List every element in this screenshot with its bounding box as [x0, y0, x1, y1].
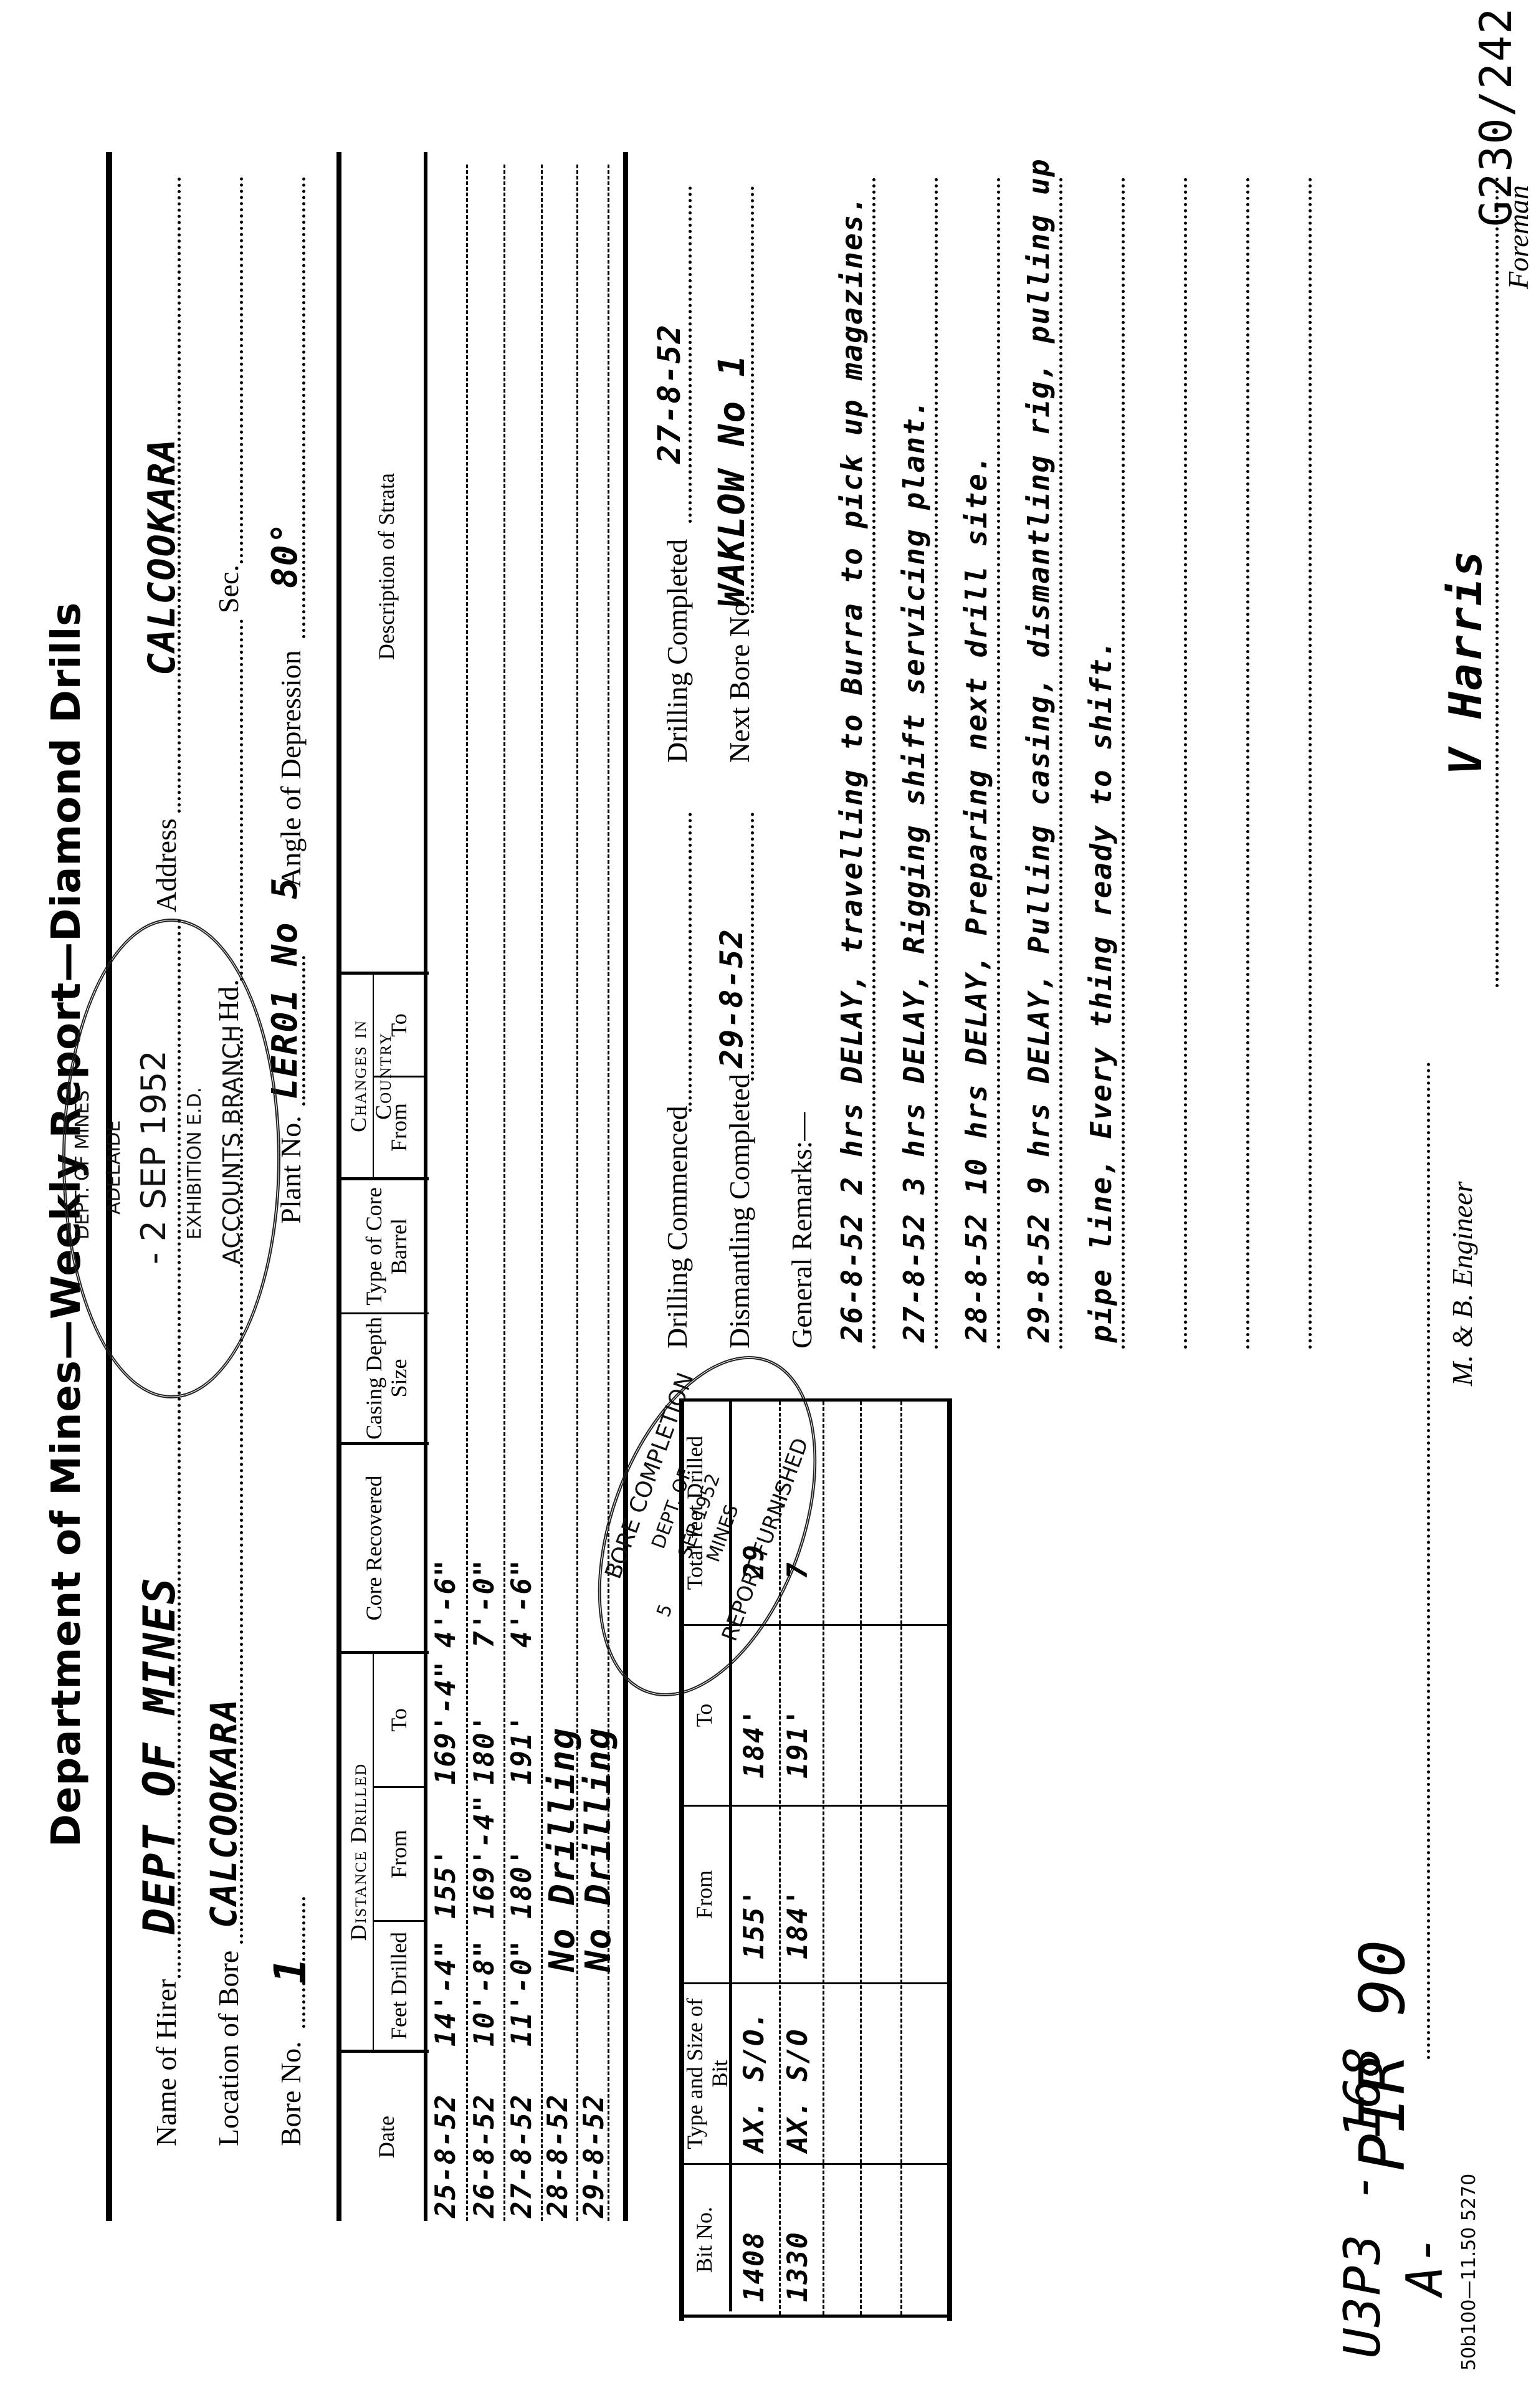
col-strata: Description of Strata [374, 161, 399, 972]
remark-line-rule [997, 177, 1000, 1349]
received-stamp-date: - 2 SEP 1952 [134, 1050, 173, 1264]
col-feet-drilled: Feet Drilled [386, 1922, 411, 2050]
drill-cell-date: 25-8-52 [430, 2094, 462, 2218]
name-of-hirer-label: Name of Hirer [150, 1979, 183, 2146]
remark-line-rule [1309, 177, 1312, 1349]
table-header-rule [424, 152, 427, 2221]
drill-cell-date: 27-8-52 [506, 2094, 538, 2218]
bit-table-bottom-rule [947, 1398, 952, 2321]
drill-cell-from: No Drilling [542, 1727, 583, 1972]
bit-table-header-rule [729, 1402, 732, 2311]
bit-cell-bit-no: 1408 [738, 2231, 770, 2302]
remark-line-rule [1184, 177, 1187, 1349]
bit-cell-total: 29 [738, 1544, 770, 1579]
foreman-signature-line [1495, 177, 1499, 987]
foreman-signature[interactable]: V Harris [1439, 549, 1492, 775]
completion-stamp-line: 5 [652, 1601, 677, 1620]
received-stamp-line: ADELAIDE [103, 1120, 125, 1215]
margin-note: A- [1396, 2234, 1454, 2296]
location-label: Location of Bore [212, 1951, 245, 2146]
bit-cell-total: 7 [782, 1562, 814, 1580]
drilling-completed-value[interactable]: 27-8-52 [651, 323, 687, 464]
hd-line [240, 619, 243, 981]
bit-cell-from: 155' [738, 1888, 770, 1959]
drilling-completed-line [689, 186, 692, 523]
drill-cell-from: 169'-4" [469, 1795, 500, 1919]
report-sheet: Department of Mines—Weekly Report—Diamon… [0, 0, 1536, 2408]
bit-cell-bit-no: 1330 [782, 2231, 814, 2302]
table-top-rule [336, 152, 341, 2221]
engineer-label: M. & B. Engineer [1446, 1182, 1479, 1386]
remark-line-rule [1059, 177, 1062, 1349]
col-distance-drilled: Distance Drilled [346, 1654, 371, 2050]
drill-cell-core: 7'-0" [469, 1559, 500, 1648]
col-core-recovered: Core Recovered [361, 1445, 386, 1651]
address-label: Address [150, 818, 183, 912]
bit-cell-to: 184' [738, 1708, 770, 1779]
drill-cell-to: 169'-4" [430, 1661, 462, 1785]
bit-cell-to: 191' [782, 1708, 814, 1779]
drill-cell-date: 28-8-52 [542, 2094, 574, 2218]
bit-col-from: From [692, 1807, 717, 1982]
bit-cell-type: AX. S/O [782, 2028, 814, 2152]
bore-no-label: Bore No. [274, 2041, 307, 2146]
print-code: 50b100—11.50 5270 [1458, 2174, 1480, 2371]
received-stamp-line: EXHIBITION E.D. [184, 1087, 206, 1240]
next-bore-value[interactable]: WAKLOW No 1 [710, 354, 753, 607]
bit-col-no: Bit No. [692, 2165, 717, 2315]
address-value[interactable]: CALCOOKARA [140, 438, 184, 676]
received-stamp-line: ACCOUNTS BRANCH [218, 1025, 246, 1264]
col-date: Date [374, 2053, 399, 2221]
dismantling-label: Dismantling Completed [723, 1074, 756, 1349]
drill-cell-core: 4'-6" [506, 1559, 538, 1648]
remark-line-rule [935, 177, 938, 1349]
bore-no-value[interactable]: 1 [265, 1957, 316, 1984]
drill-cell-date: 29-8-52 [578, 2094, 610, 2218]
dismantling-value[interactable]: 29-8-52 [713, 928, 750, 1068]
drill-cell-core: 4'-6" [430, 1559, 462, 1648]
remark-line[interactable]: 29-8-52 9 hrs DELAY, Pulling casing, dis… [1022, 158, 1056, 1342]
bit-cell-from: 184' [782, 1888, 814, 1959]
remark-line[interactable]: 28-8-52 10 hrs DELAY, Preparing next dri… [960, 454, 993, 1342]
drill-cell-feet: 14'-4" [430, 1940, 462, 2047]
remark-line-rule [1246, 177, 1249, 1349]
received-stamp-line: DEPT. OF MINES [72, 1090, 93, 1240]
remark-line[interactable]: 27-8-52 3 hrs DELAY, Rigging shift servi… [897, 399, 931, 1342]
angle-value[interactable]: 80° [265, 522, 305, 588]
bit-col-to: To [692, 1626, 717, 1805]
drilling-completed-label: Drilling Completed [661, 539, 694, 763]
remark-line-rule [1122, 177, 1125, 1349]
table-bottom-rule [623, 152, 628, 2221]
remark-line-rule [872, 177, 875, 1349]
col-casing: Casing Depth Size [361, 1314, 411, 1442]
remark-line[interactable]: 26-8-52 2 hrs DELAY, travelling to Burra… [835, 195, 869, 1342]
bit-cell-type: AX. S/O. [738, 2010, 770, 2152]
name-of-hirer-value[interactable]: DEPT OF MINES [134, 1577, 185, 1934]
angle-label: Angle of Depression [274, 650, 307, 887]
drill-cell-to: 180' [469, 1714, 500, 1785]
margin-note: PIR 90 [1346, 1939, 1419, 2171]
drill-cell-feet: 11'-0" [506, 1940, 538, 2047]
col-core-barrel: Type of Core Barrel [361, 1180, 411, 1312]
dismantling-line [751, 813, 754, 1081]
remark-line[interactable]: pipe line, Every thing ready to shift. [1084, 639, 1118, 1342]
bit-col-type: Type and Size of Bit [682, 1984, 732, 2163]
bit-col-total: Total feet Drilled [682, 1402, 707, 1624]
drilling-commenced-label: Drilling Commenced [661, 1106, 694, 1349]
sec-label: Sec. [212, 565, 245, 613]
col-cc-from: From [386, 1077, 411, 1177]
drill-cell-to: 191' [506, 1714, 538, 1785]
col-to: To [386, 1654, 411, 1786]
drilling-commenced-line [689, 813, 692, 1112]
next-bore-label: Next Bore No. [723, 595, 756, 763]
location-value[interactable]: CALCOOKARA [203, 1698, 245, 1928]
drill-cell-feet: 10'-8" [469, 1940, 500, 2047]
received-stamp: DEPT. OF MINES ADELAIDE - 2 SEP 1952 EXH… [62, 919, 280, 1398]
drill-cell-from: 155' [430, 1848, 462, 1919]
remarks-label: General Remarks:— [785, 1112, 818, 1349]
archive-reference: G230/242 [1471, 7, 1522, 227]
drill-cell-date: 26-8-52 [469, 2094, 500, 2218]
sec-line [240, 177, 243, 563]
drill-cell-from: 180' [506, 1848, 538, 1919]
drill-cell-from: No Drilling [578, 1727, 619, 1972]
col-cc-to: To [386, 975, 411, 1076]
col-from: From [386, 1788, 411, 1920]
engineer-signature-line [1427, 1062, 1430, 2059]
